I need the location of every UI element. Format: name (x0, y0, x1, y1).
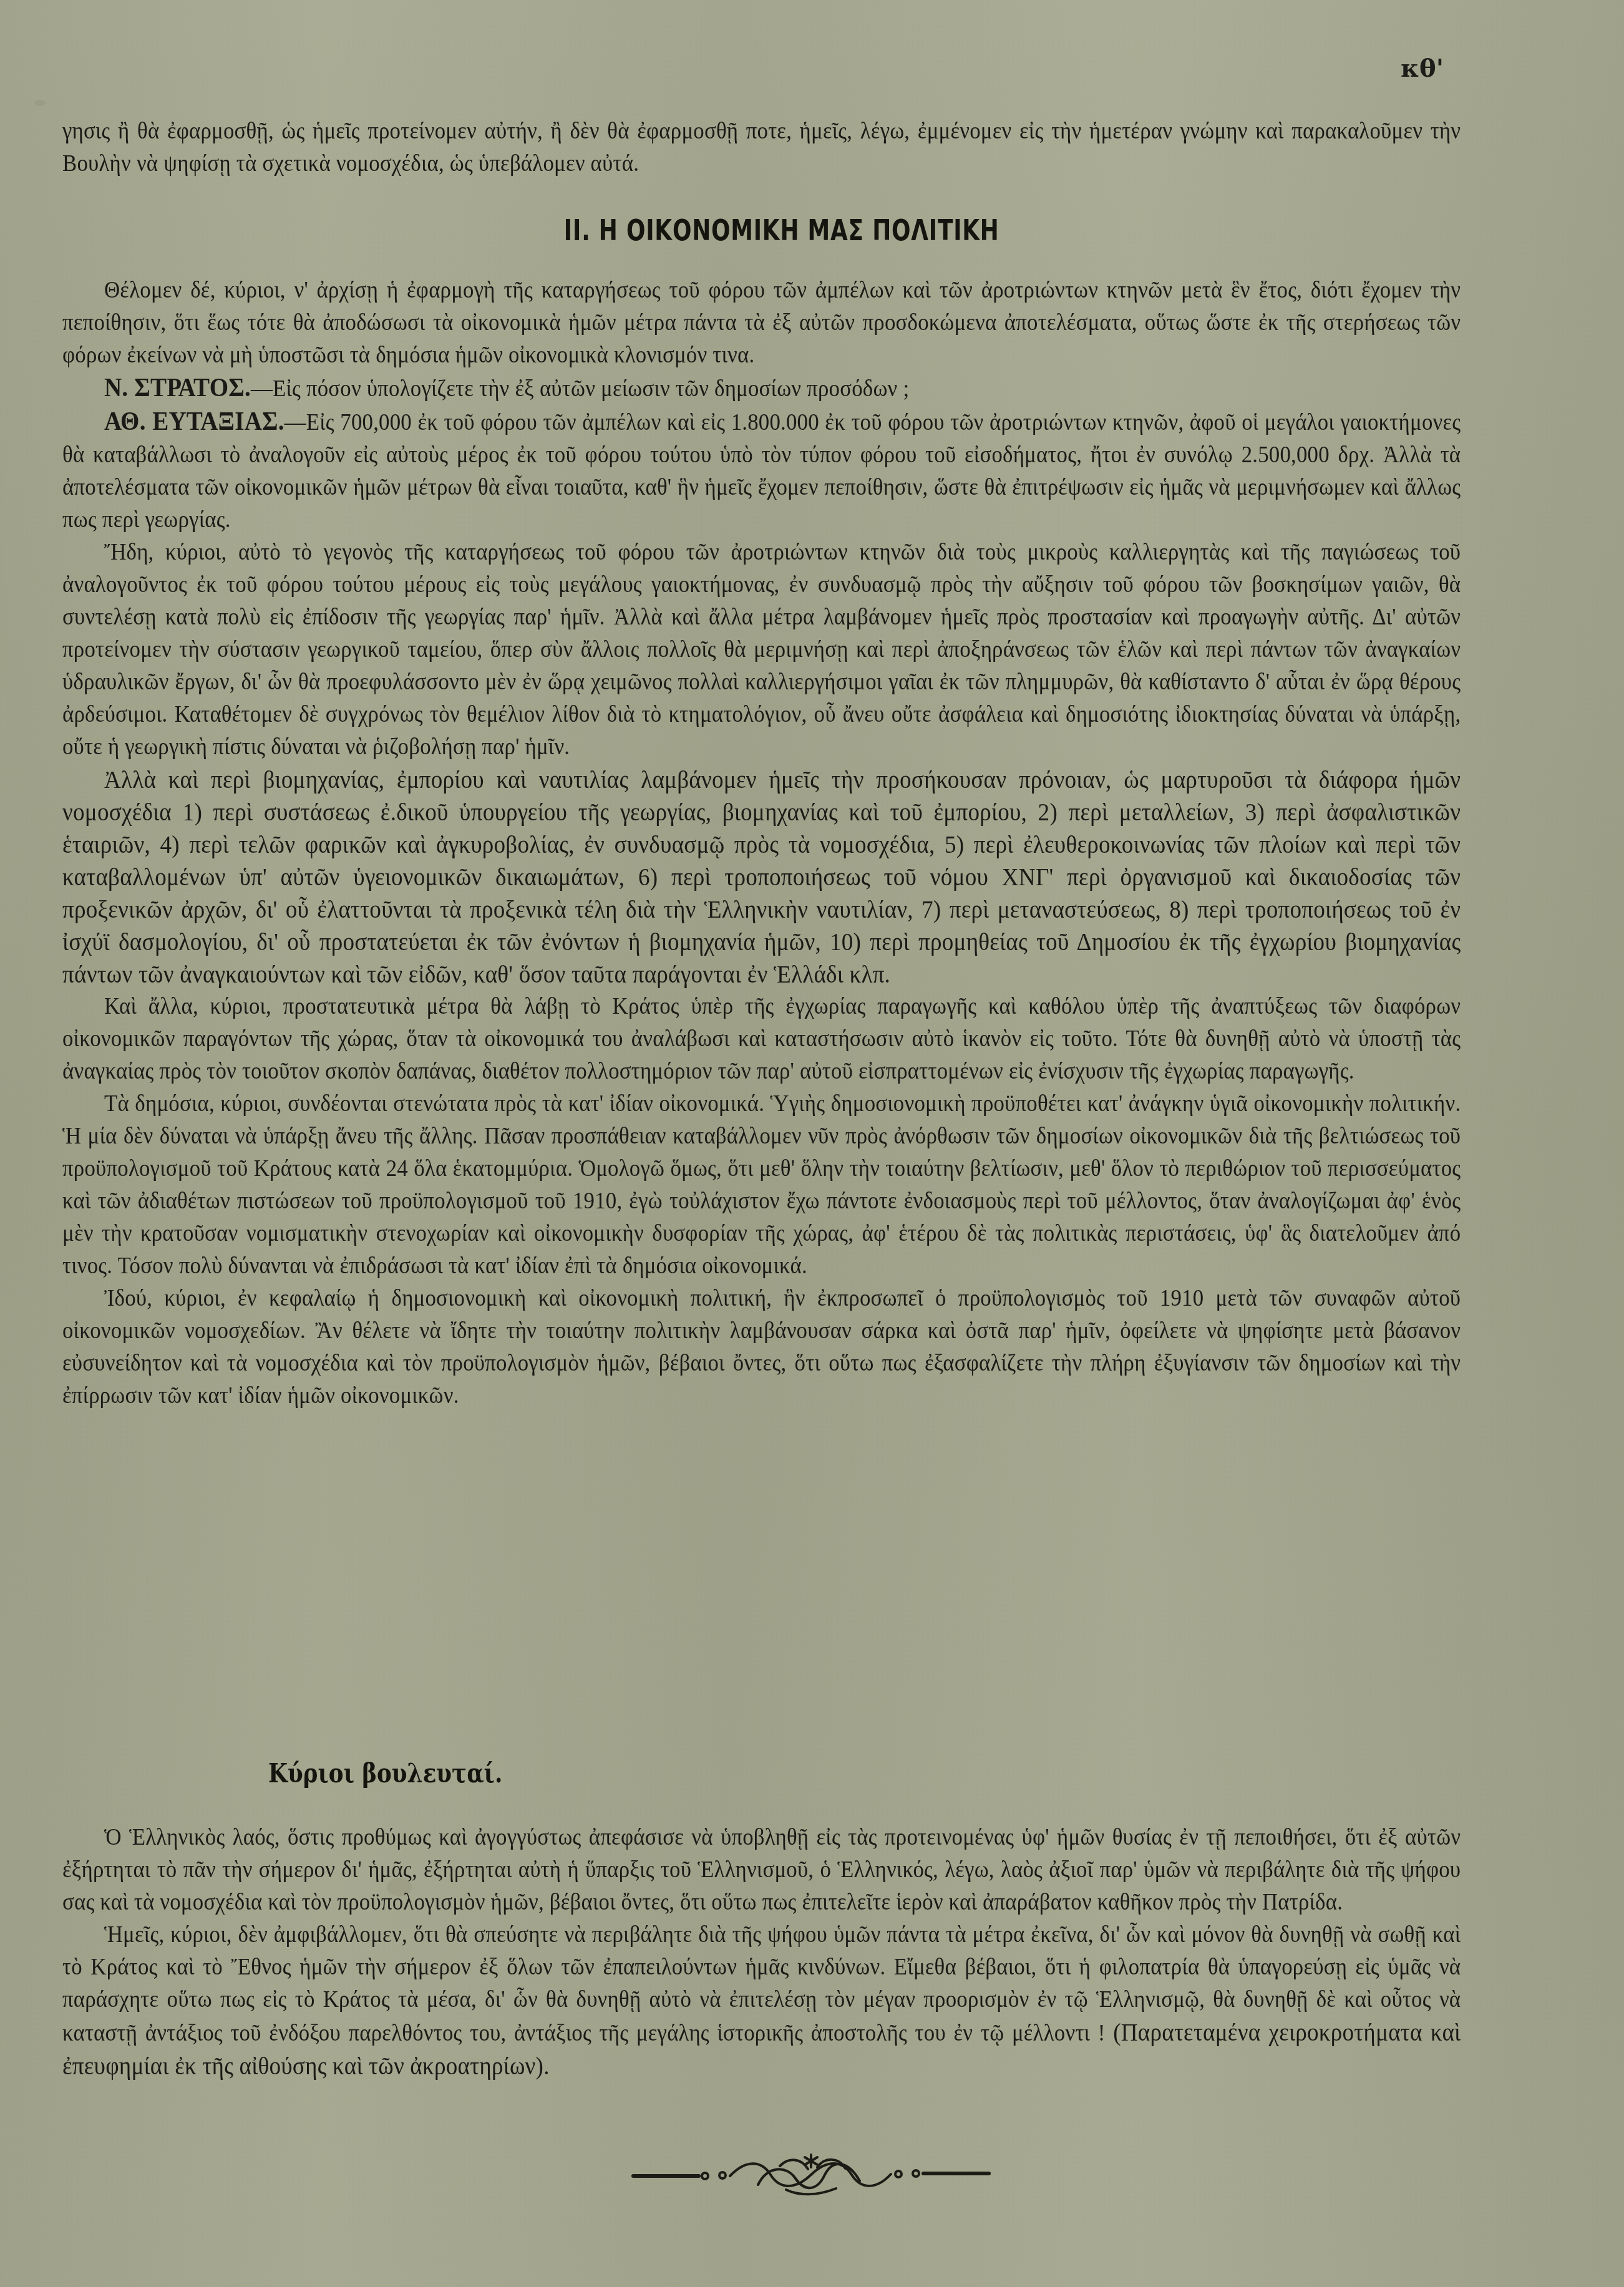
paragraph-final-appeal: Ἡμεῖς, κύριοι, δὲν ἀμφιβάλλομεν, ὅτι θὰ … (62, 1919, 1461, 2084)
ornamental-divider-icon (630, 2153, 992, 2197)
closing-heading: Κύριοι βουλευταί. (268, 1758, 502, 1789)
paragraph-abolition-timing: Θέλομεν δέ, κύριοι, ν' ἀρχίσῃ ἡ ἐφαρμογὴ… (62, 274, 1461, 372)
paper-stain (34, 100, 46, 106)
speaker-name: ΑΘ. ΕΥΤΑΞΙΑΣ. (104, 407, 284, 436)
paragraph-agriculture: Ἤδη, κύριοι, αὐτὸ τὸ γεγονὸς τῆς καταργή… (62, 537, 1461, 764)
paragraph-protective-measures: Καὶ ἄλλα, κύριοι, προστατευτικὰ μέτρα θὰ… (62, 991, 1461, 1088)
closing-text-block: Ὁ Ἑλληνικὸς λαός, ὅστις προθύμως καὶ ἀγο… (62, 1822, 1566, 2084)
continuation-paragraph: γησις ἢ θὰ ἐφαρμοσθῇ, ὡς ἡμεῖς προτείνομ… (62, 115, 1461, 180)
speaker-name: Ν. ΣΤΡΑΤΟΣ. (104, 374, 251, 402)
paragraph-greek-people: Ὁ Ἑλληνικὸς λαός, ὅστις προθύμως καὶ ἀγο… (62, 1822, 1461, 1919)
paragraph-eftaxias-answer: ΑΘ. ΕΥΤΑΞΙΑΣ.—Εἰς 700,000 ἐκ τοῦ φόρου τ… (62, 405, 1461, 537)
main-text-block: Θέλομεν δέ, κύριοι, ν' ἀρχίσῃ ἡ ἐφαρμογὴ… (62, 274, 1566, 1412)
paragraph-industry-bills: Ἀλλὰ καὶ περὶ βιομηχανίας, ἐμπορίου καὶ … (62, 764, 1461, 991)
speaker-text: —Εἰς πόσον ὑπολογίζετε τὴν ἐξ αὐτῶν μείω… (251, 376, 909, 402)
paragraph-public-finance: Τὰ δημόσια, κύριοι, συνδέονται στενώτατα… (62, 1088, 1461, 1283)
paragraph-stratos-question: Ν. ΣΤΡΑΤΟΣ.—Εἰς πόσον ὑπολογίζετε τὴν ἐξ… (62, 372, 1461, 405)
page-number: κθ' (1401, 54, 1444, 83)
section-title: II. Η ΟΙΚΟΝΟΜΙΚΗ ΜΑΣ ΠΟΛΙΤΙΚΗ (148, 213, 1415, 247)
paragraph-summary: Ἰδού, κύριοι, ἐν κεφαλαίῳ ἡ δημοσιονομικ… (62, 1283, 1461, 1412)
continuation-block: γησις ἢ θὰ ἐφαρμοσθῇ, ὡς ἡμεῖς προτείνομ… (62, 115, 1566, 180)
